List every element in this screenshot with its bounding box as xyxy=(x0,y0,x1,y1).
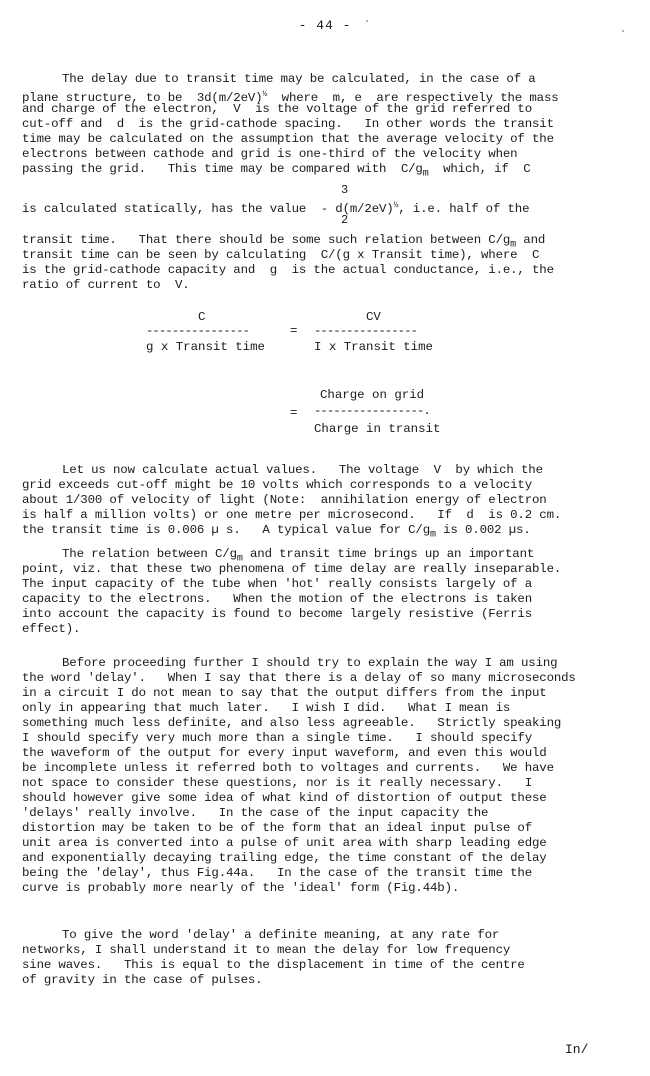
text-line: effect). xyxy=(22,622,80,637)
text-line: about 1/300 of velocity of light (Note: … xyxy=(22,493,547,508)
text-fragment: and transit time brings up an important xyxy=(243,547,534,561)
text-line: To give the word 'delay' a definite mean… xyxy=(62,928,499,943)
text-line: Before proceeding further I should try t… xyxy=(62,656,557,671)
text-line: something much less definite, and also l… xyxy=(22,716,561,731)
fraction-rule: -----------------. xyxy=(314,404,430,418)
text-line: transit time can be seen by calculating … xyxy=(22,248,539,263)
ink-speck xyxy=(366,20,368,22)
equation-lhs-numerator: C xyxy=(198,310,205,324)
catchword: In/ xyxy=(565,1042,588,1057)
text-line: ratio of current to V. xyxy=(22,278,190,293)
ink-speck xyxy=(622,30,624,32)
text-line: The input capacity of the tube when 'hot… xyxy=(22,577,532,592)
fraction-denominator: 2 xyxy=(341,213,348,227)
text-line: cut-off and d is the grid-cathode spacin… xyxy=(22,117,554,132)
text-fragment: and xyxy=(516,233,545,247)
text-line: and charge of the electron, V is the vol… xyxy=(22,102,532,117)
text-line: curve is probably more nearly of the 'id… xyxy=(22,881,459,896)
text-line: Let us now calculate actual values. The … xyxy=(62,463,543,478)
text-line: is half a million volts) or one metre pe… xyxy=(22,508,561,523)
text-line: being the 'delay', thus Fig.44a. In the … xyxy=(22,866,532,881)
text-line: should however give some idea of what ki… xyxy=(22,791,547,806)
fraction-numerator: 3 xyxy=(341,183,348,197)
text-line: 'delays' really involve. In the case of … xyxy=(22,806,488,821)
equation-rhs1-numerator: CV xyxy=(366,310,381,324)
equation-rhs2-denominator: Charge in transit xyxy=(314,422,440,436)
text-line: the word 'delay'. When I say that there … xyxy=(22,671,576,686)
text-line: is the grid-cathode capacity and g is th… xyxy=(22,263,554,278)
text-fragment: is 0.002 µs. xyxy=(436,523,531,537)
text-line: electrons between cathode and grid is on… xyxy=(22,147,517,162)
text-line: not space to consider these questions, n… xyxy=(22,776,532,791)
text-line: sine waves. This is equal to the displac… xyxy=(22,958,525,973)
text-line: distortion may be taken to be of the for… xyxy=(22,821,532,836)
text-line: point, viz. that these two phenomena of … xyxy=(22,562,561,577)
text-line: I should specify very much more than a s… xyxy=(22,731,532,746)
equals-sign: = xyxy=(290,324,297,338)
text-line: only in appearing that much later. I wis… xyxy=(22,701,510,716)
text-line: unit area is converted into a pulse of u… xyxy=(22,836,547,851)
text-fragment: which, if C xyxy=(429,162,531,176)
text-line: grid exceeds cut-off might be 10 volts w… xyxy=(22,478,532,493)
page-number: - 44 - xyxy=(0,18,650,33)
equation-lhs-denominator: g x Transit time xyxy=(146,340,265,354)
text-line: The delay due to transit time may be cal… xyxy=(62,72,536,87)
text-line: be incomplete unless it referred both to… xyxy=(22,761,554,776)
text-line: passing the grid. This time may be compa… xyxy=(22,162,531,181)
fraction-rule: ---------------- xyxy=(314,324,417,338)
text-fragment: The relation between C/g xyxy=(62,547,237,561)
text-line: into account the capacity is found to be… xyxy=(22,607,532,622)
text-line: the waveform of the output for every inp… xyxy=(22,746,547,761)
text-line: of gravity in the case of pulses. xyxy=(22,973,262,988)
text-fragment: passing the grid. This time may be compa… xyxy=(22,162,423,176)
text-line: the transit time is 0.006 µ s. A typical… xyxy=(22,523,531,542)
text-fragment: is calculated statically, has the value … xyxy=(22,202,394,216)
text-line: networks, I shall understand it to mean … xyxy=(22,943,510,958)
text-fragment: , i.e. half of the xyxy=(398,202,529,216)
text-fragment: the transit time is 0.006 µ s. A typical… xyxy=(22,523,430,537)
text-line: time may be calculated on the assumption… xyxy=(22,132,554,147)
equation-rhs2-numerator: Charge on grid xyxy=(320,388,424,402)
text-fragment: transit time. That there should be some … xyxy=(22,233,510,247)
text-line: and exponentially decaying trailing edge… xyxy=(22,851,547,866)
text-line: is calculated statically, has the value … xyxy=(22,198,529,217)
equation-rhs1-denominator: I x Transit time xyxy=(314,340,433,354)
fraction-rule: ---------------- xyxy=(146,324,249,338)
text-line: in a circuit I do not mean to say that t… xyxy=(22,686,547,701)
equals-sign: = xyxy=(290,406,297,420)
text-line: capacity to the electrons. When the moti… xyxy=(22,592,532,607)
